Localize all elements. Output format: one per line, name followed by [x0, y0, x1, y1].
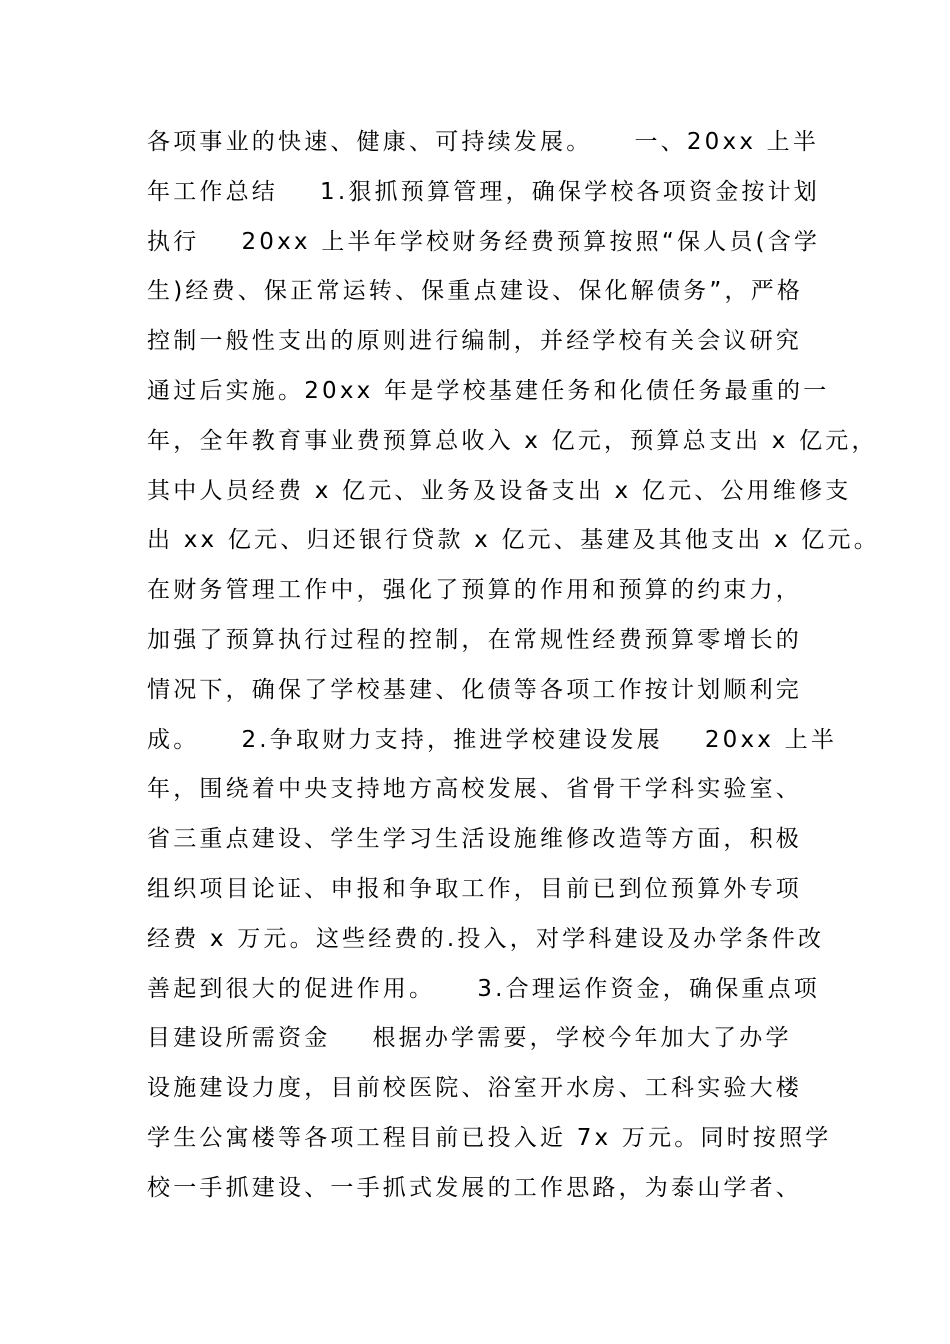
text-line: 学生公寓楼等各项工程目前已投入近 7x 万元。同时按照学: [147, 1114, 847, 1164]
text-line: 年，全年教育事业费预算总收入 x 亿元，预算总支出 x 亿元，: [147, 417, 847, 467]
text-line: 控制一般性支出的原则进行编制，并经学校有关会议研究: [147, 317, 847, 367]
text-line: 设施建设力度，目前校医院、浴室开水房、工科实验大楼: [147, 1064, 847, 1114]
body-text: 各项事业的快速、健康、可持续发展。 一、20xx 上半 年工作总结 1.狠抓预算…: [147, 118, 847, 1214]
text-line: 情况下，确保了学校基建、化债等各项工作按计划顺利完: [147, 666, 847, 716]
text-line: 在财务管理工作中，强化了预算的作用和预算的约束力，: [147, 566, 847, 616]
text-line: 校一手抓建设、一手抓式发展的工作思路，为泰山学者、: [147, 1164, 847, 1214]
text-line: 省三重点建设、学生学习生活设施维修改造等方面，积极: [147, 815, 847, 865]
text-line: 各项事业的快速、健康、可持续发展。 一、20xx 上半: [147, 118, 847, 168]
text-line: 其中人员经费 x 亿元、业务及设备支出 x 亿元、公用维修支: [147, 467, 847, 517]
text-line: 通过后实施。20xx 年是学校基建任务和化债任务最重的一: [147, 367, 847, 417]
text-line: 善起到很大的促进作用。 3.合理运作资金，确保重点项: [147, 965, 847, 1015]
text-line: 年工作总结 1.狠抓预算管理，确保学校各项资金按计划: [147, 168, 847, 218]
text-line: 年，围绕着中央支持地方高校发展、省骨干学科实验室、: [147, 765, 847, 815]
text-line: 目建设所需资金 根据办学需要，学校今年加大了办学: [147, 1014, 847, 1064]
text-line: 出 xx 亿元、归还银行贷款 x 亿元、基建及其他支出 x 亿元。: [147, 516, 847, 566]
document-page: 各项事业的快速、健康、可持续发展。 一、20xx 上半 年工作总结 1.狠抓预算…: [0, 0, 950, 1344]
text-line: 加强了预算执行过程的控制，在常规性经费预算零增长的: [147, 616, 847, 666]
text-line: 生)经费、保正常运转、保重点建设、保化解债务”，严格: [147, 267, 847, 317]
text-line: 执行 20xx 上半年学校财务经费预算按照“保人员(含学: [147, 218, 847, 268]
text-line: 组织项目论证、申报和争取工作，目前已到位预算外专项: [147, 865, 847, 915]
text-line: 成。 2.争取财力支持，推进学校建设发展 20xx 上半: [147, 716, 847, 766]
text-line: 经费 x 万元。这些经费的.投入，对学科建设及办学条件改: [147, 915, 847, 965]
